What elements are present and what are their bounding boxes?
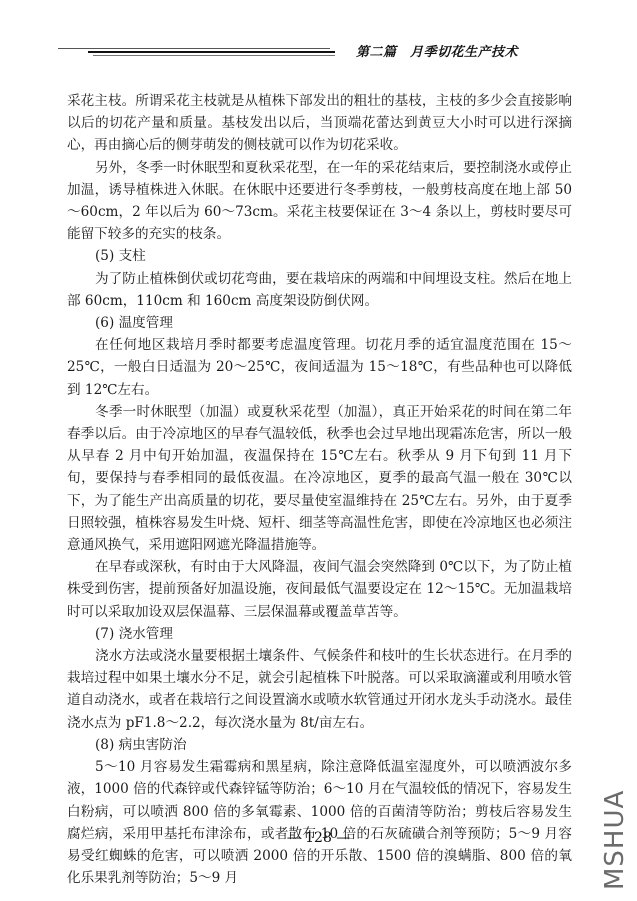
paragraph: 为了防止植株倒伏或切花弯曲，要在栽培床的两端和中间埋设支柱。然后在地上部 60c…: [67, 268, 572, 312]
header-rule-thick: [88, 51, 335, 53]
paragraph: 浇水方法或浇水量要根据土壤条件、气候条件和枝叶的生长状态进行。在月季的栽培过程中…: [67, 645, 572, 734]
section-heading-temperature: (6) 温度管理: [67, 312, 572, 334]
paragraph: 另外，冬季一时休眠型和夏秋采花型，在一年的采花结束后，要控制浇水或停止加温，诱导…: [67, 157, 572, 246]
header-rule-thin-lower: [93, 55, 335, 56]
section-heading-support: (5) 支柱: [67, 245, 572, 267]
watermark: MSHUA: [600, 785, 630, 895]
header-rule-thin: [58, 48, 330, 49]
page-body: 采花主枝。所谓采花主枝就是从植株下部发出的粗壮的基枝，主枝的多少会直接影响以后的…: [67, 90, 572, 889]
page-number: — 128 —: [0, 830, 637, 846]
chapter-title: 第二篇 月季切花生产技术: [356, 41, 518, 60]
section-heading-watering: (7) 浇水管理: [67, 623, 572, 645]
paragraph: 在任何地区栽培月季时都要考虑温度管理。切花月季的适宜温度范围在 15～25℃，一…: [67, 334, 572, 401]
paragraph: 在早春或深秋，有时由于大风降温，夜间气温会突然降到 0℃以下，为了防止植株受到伤…: [67, 556, 572, 623]
page-header: 第二篇 月季切花生产技术: [0, 40, 637, 70]
paragraph: 5～10 月容易发生霜霉病和黑星病，除注意降低温室湿度外，可以喷洒波尔多液，10…: [67, 756, 572, 889]
paragraph: 冬季一时休眠型（加温）或夏秋采花型（加温），真正开始采花的时间在第二年春季以后。…: [67, 401, 572, 556]
paragraph: 采花主枝。所谓采花主枝就是从植株下部发出的粗壮的基枝，主枝的多少会直接影响以后的…: [67, 90, 572, 157]
section-heading-pest-control: (8) 病虫害防治: [67, 734, 572, 756]
